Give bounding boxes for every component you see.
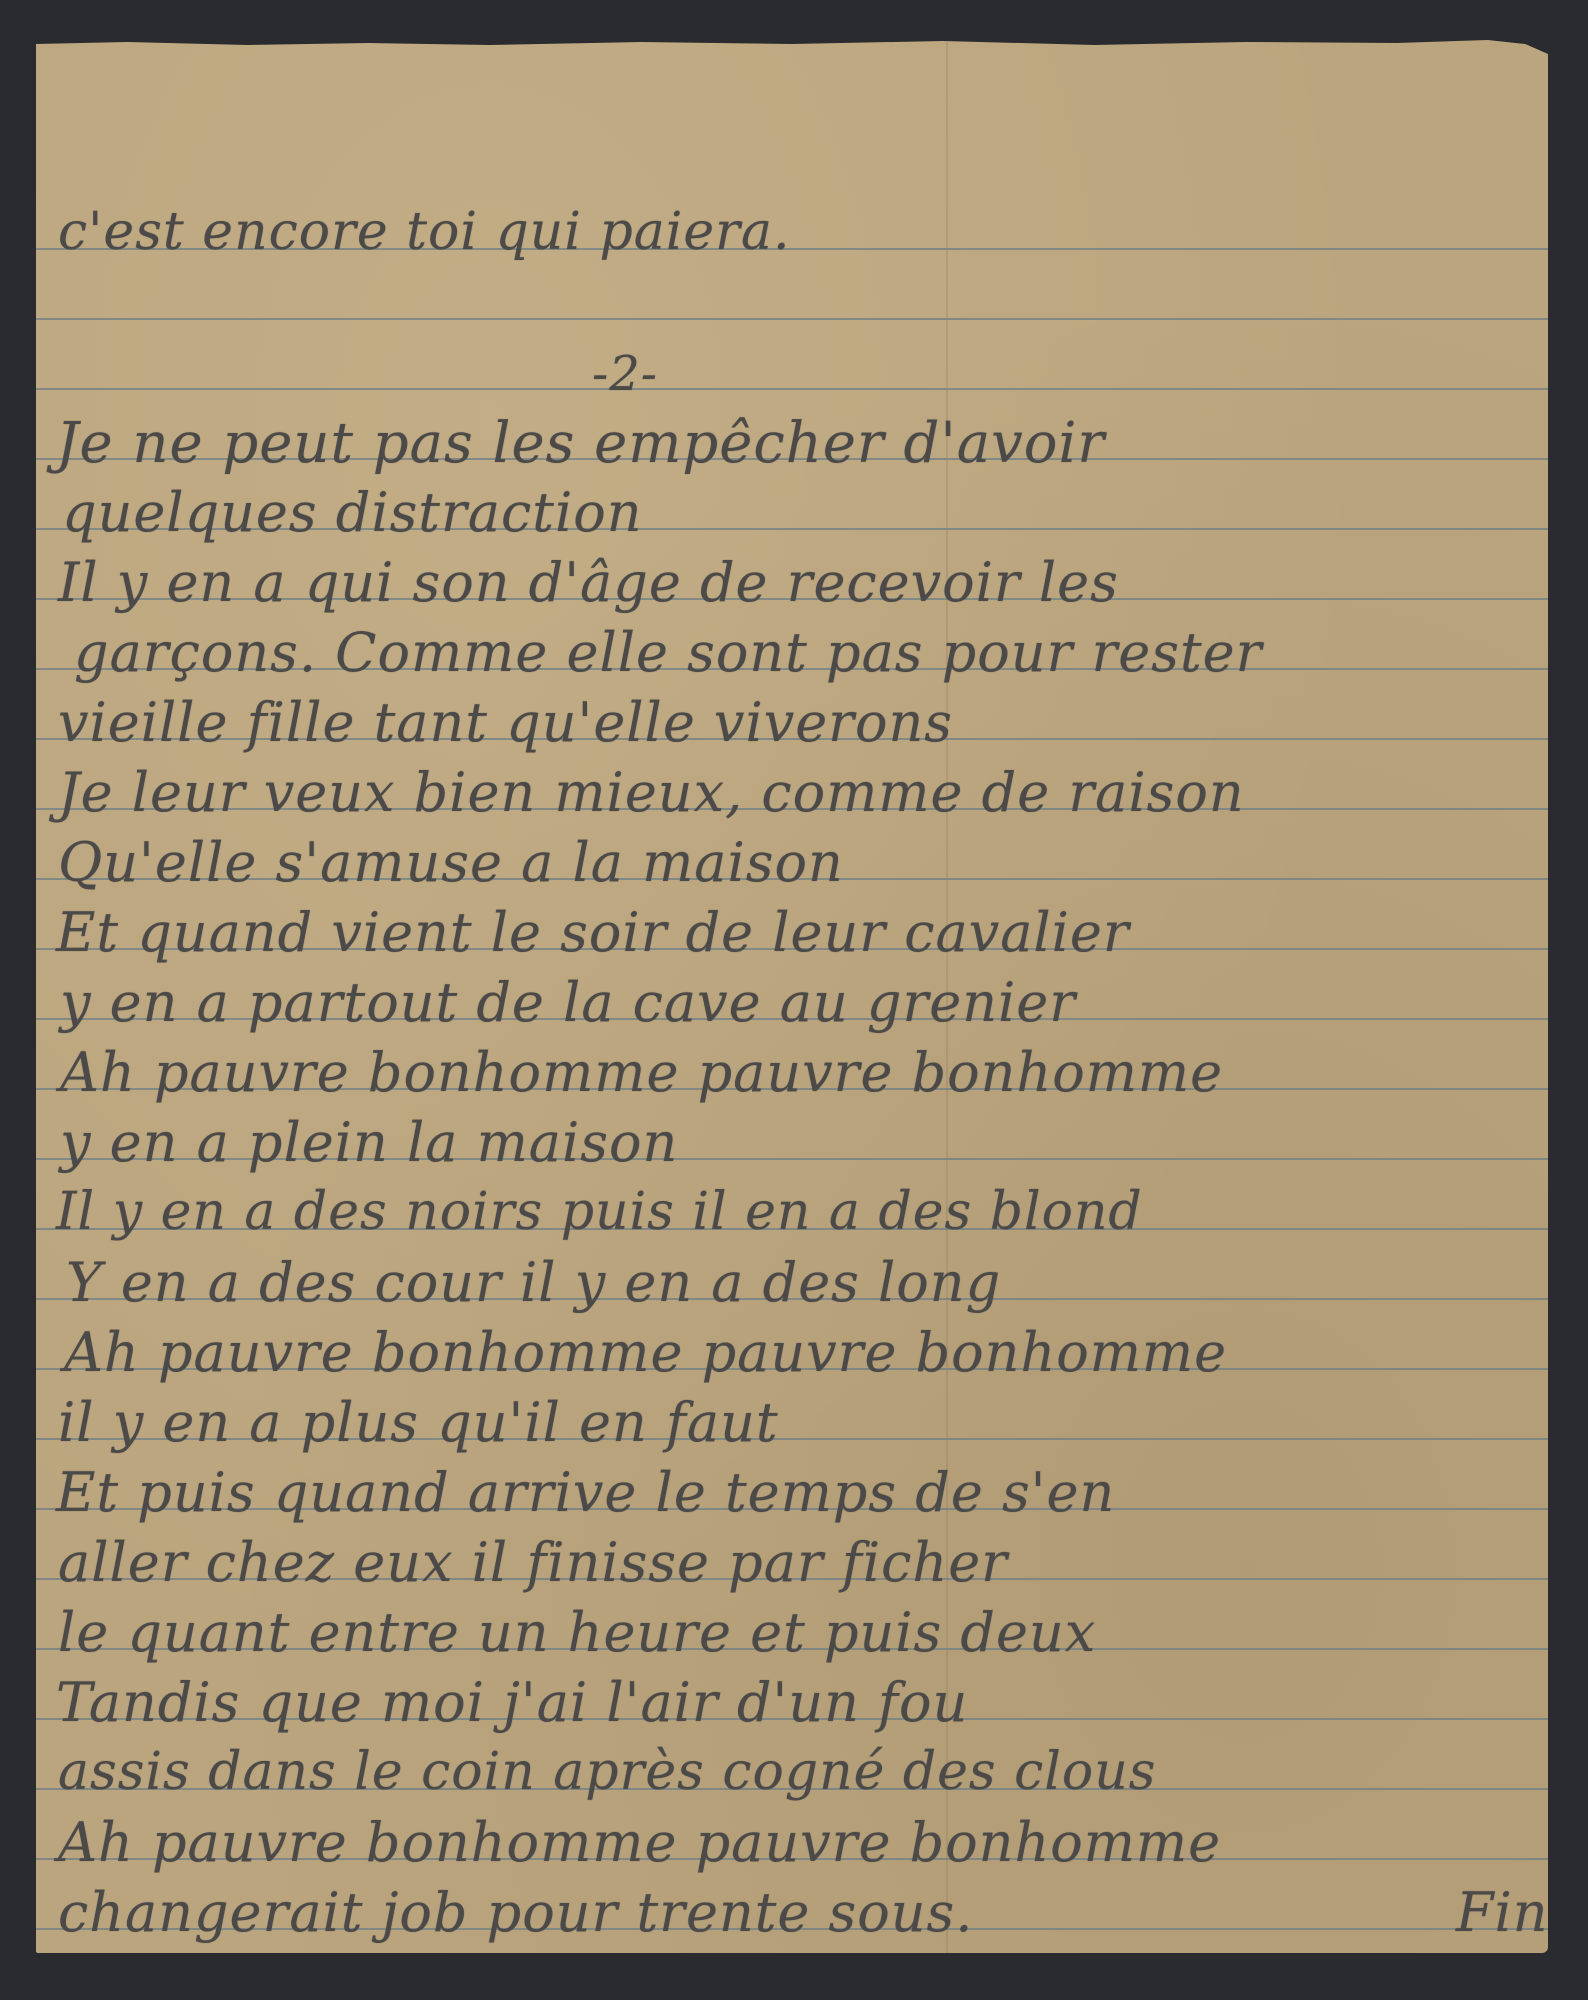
handwritten-line: Je leur veux bien mieux, comme de raison [58, 766, 1245, 820]
handwritten-line: Et puis quand arrive le temps de s'en [56, 1466, 1115, 1520]
handwritten-line: y en a plein la maison [60, 1116, 678, 1170]
handwritten-line: aller chez eux il finisse par ficher [58, 1536, 1008, 1590]
handwritten-line: Je ne peut pas les empêcher d'avoir [56, 416, 1105, 472]
handwritten-line: quelques distraction [62, 486, 643, 540]
handwritten-line: garçons. Comme elle sont pas pour rester [74, 626, 1262, 680]
handwritten-line: Il y en a des noirs puis il en a des blo… [56, 1186, 1143, 1238]
closing-mark: Fin [1456, 1886, 1549, 1940]
handwritten-line: changerait job pour trente sous. [58, 1886, 973, 1940]
handwritten-line: le quant entre un heure et puis deux [58, 1606, 1096, 1660]
handwritten-line: Tandis que moi j'ai l'air d'un fou [56, 1676, 968, 1730]
handwritten-line: Ah pauvre bonhomme pauvre bonhomme [58, 1816, 1221, 1870]
handwritten-line: Ah pauvre bonhomme pauvre bonhomme [60, 1046, 1223, 1100]
letter-page: c'est encore toi qui paiera. -2- Je ne p… [36, 40, 1548, 1953]
handwritten-line: vieille fille tant qu'elle viverons [58, 696, 953, 750]
handwritten-line: y en a partout de la cave au grenier [60, 976, 1076, 1030]
handwritten-line: il y en a plus qu'il en faut [58, 1396, 779, 1450]
handwritten-line: Il y en a qui son d'âge de recevoir les [58, 556, 1119, 610]
handwritten-line: Ah pauvre bonhomme pauvre bonhomme [64, 1326, 1227, 1380]
handwritten-line: c'est encore toi qui paiera. [58, 206, 791, 258]
ruled-line [36, 388, 1548, 390]
handwritten-line: assis dans le coin après cogné des clous [58, 1746, 1156, 1798]
page-number: -2- [592, 350, 658, 398]
handwritten-line: Y en a des cour il y en a des long [66, 1256, 1001, 1310]
handwritten-line: Qu'elle s'amuse a la maison [58, 836, 844, 890]
handwritten-line: Et quand vient le soir de leur cavalier [56, 906, 1130, 960]
ruled-line [36, 318, 1548, 320]
